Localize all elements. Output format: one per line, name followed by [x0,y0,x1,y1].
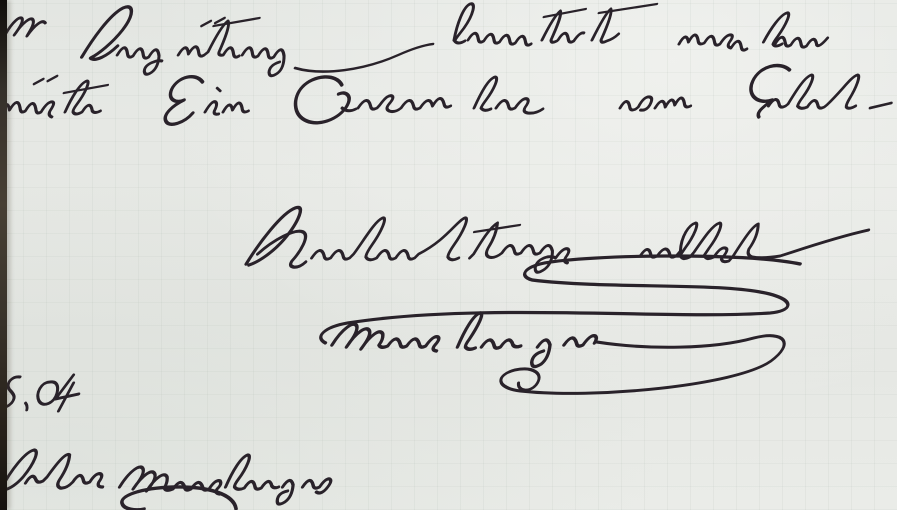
handwriting-line-1: Vergütung benutzt werden [0,4,836,76]
page-left-edge [0,0,7,510]
handwriting-date-fragment: 8. 04 [0,375,84,411]
handwriting-partial-next-line: … [120,487,242,510]
handwriting-line-2: …ürde Ein Dezember vom Schul- [0,66,897,125]
handwriting-strokes-svg: Vergütung benutzt werden …ürde Ein Dezem… [0,0,897,510]
handwriting-annotation: Alois Meusburger [0,450,339,504]
handwriting-closing: Hochachtungsvollst [244,207,874,272]
photo-of-handwritten-letter: Vergütung benutzt werden …ürde Ein Dezem… [0,0,897,510]
handwriting-signature: Meusburger [307,256,807,393]
